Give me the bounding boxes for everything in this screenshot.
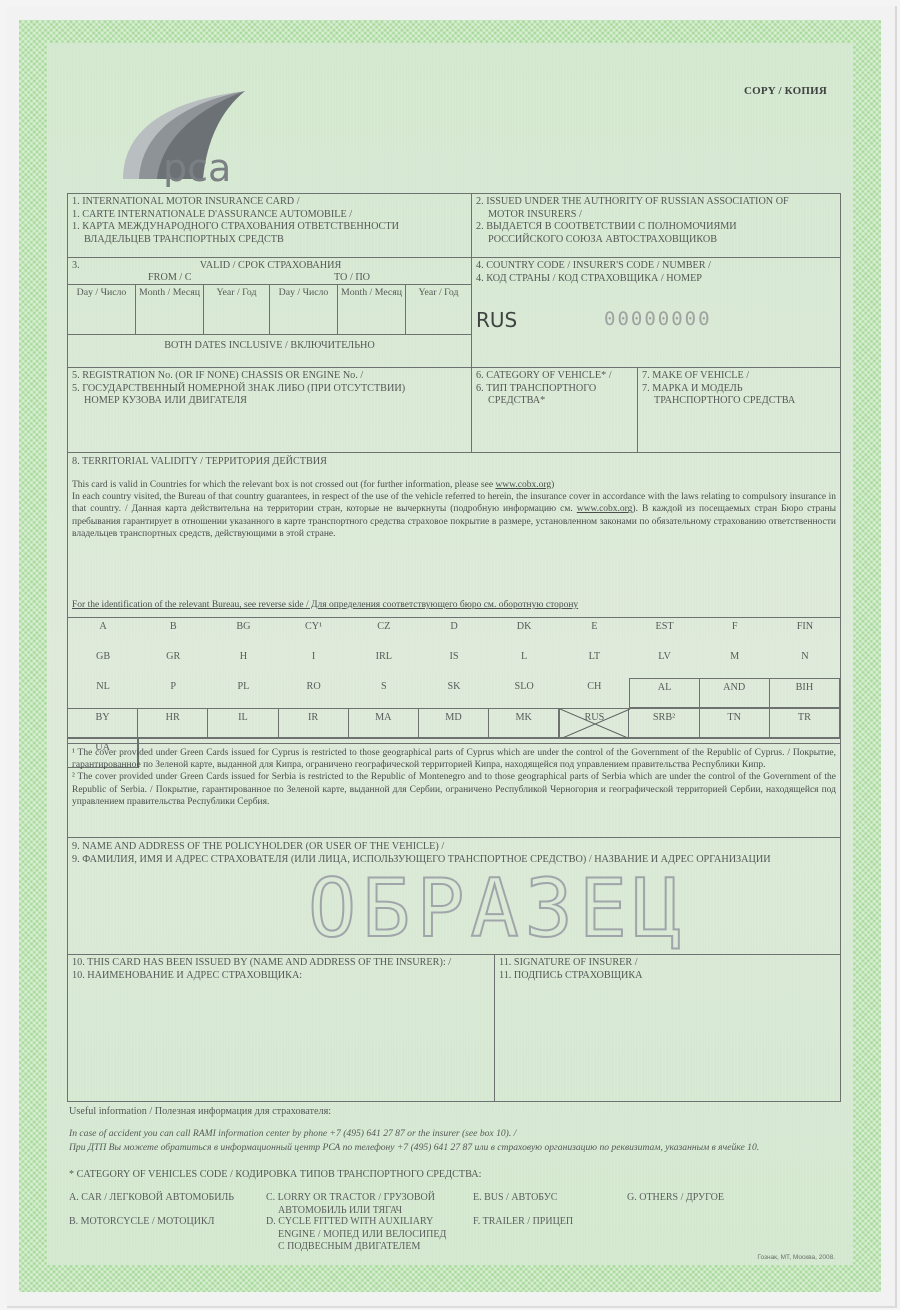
country-box-dk: DK xyxy=(489,618,559,648)
date-field-5: Month / Месяц xyxy=(338,284,406,334)
box3-from: FROM / С xyxy=(148,272,192,285)
country-box-lv: LV xyxy=(629,648,699,678)
country-box-rus: RUS xyxy=(559,708,629,738)
category-a: A. CAR / ЛЕГКОВОЙ АВТОМОБИЛЬ xyxy=(69,1192,234,1205)
country-box-bih: BIH xyxy=(770,678,840,708)
box7-line2: 7. МАРКА И МОДЕЛЬ xyxy=(642,383,743,394)
box5-line1: 5. REGISTRATION No. (OR IF NONE) CHASSIS… xyxy=(72,370,363,381)
useful-info-title: Useful information / Полезная информация… xyxy=(69,1106,331,1119)
category-d-line3: С ПОДВЕСНЫМ ДВИГАТЕЛЕМ xyxy=(266,1241,446,1254)
country-box-il: IL xyxy=(208,708,278,738)
box9-policyholder: 9. NAME AND ADDRESS OF THE POLICYHOLDER … xyxy=(67,837,841,955)
country-code-value: RUS xyxy=(476,308,517,332)
country-box-n: N xyxy=(770,648,840,678)
document-sheet: COPY / КОПИЯ pca 1. INTERNATIONAL MOTOR … xyxy=(7,6,897,1308)
bureau-note-text: For the identification of the relevant B… xyxy=(72,600,578,610)
box6-line2: 6. ТИП ТРАНСПОРТНОГО xyxy=(476,383,596,394)
category-f: F. TRAILER / ПРИЦЕП xyxy=(473,1216,573,1229)
box6-category: 6. CATEGORY OF VEHICLE* / 6. ТИП ТРАНСПО… xyxy=(471,367,638,453)
category-e: E. BUS / АВТОБУС xyxy=(473,1192,557,1205)
svg-text:pca: pca xyxy=(163,146,231,187)
country-box-p: P xyxy=(138,678,208,708)
box8-para1-end: ) xyxy=(551,480,554,490)
box1-line3: 1. КАРТА МЕЖДУНАРОДНОГО СТРАХОВАНИЯ ОТВЕ… xyxy=(72,221,399,232)
country-box-tr: TR xyxy=(770,708,840,738)
country-box-hr: HR xyxy=(138,708,208,738)
box8-territorial: 8. TERRITORIAL VALIDITY / ТЕРРИТОРИЯ ДЕЙ… xyxy=(67,452,841,744)
copy-label: COPY / КОПИЯ xyxy=(744,85,827,97)
country-box-e: E xyxy=(559,618,629,648)
category-b: B. MOTORCYCLE / МОТОЦИКЛ xyxy=(69,1216,214,1229)
country-box-md: MD xyxy=(419,708,489,738)
country-box-srb: SRB² xyxy=(629,708,699,738)
box3-to: TO / ПО xyxy=(334,272,370,285)
green-card-body: COPY / КОПИЯ pca 1. INTERNATIONAL MOTOR … xyxy=(47,43,853,1265)
box6-line1: 6. CATEGORY OF VEHICLE* / xyxy=(476,370,612,381)
country-box-tn: TN xyxy=(700,708,770,738)
country-box-gr: GR xyxy=(138,648,208,678)
box5-registration: 5. REGISTRATION No. (OR IF NONE) CHASSIS… xyxy=(67,367,472,453)
date-field-1: Day / Число xyxy=(68,284,136,334)
country-box-b: B xyxy=(138,618,208,648)
date-field-6: Year / Год xyxy=(406,284,471,334)
box8-title: 8. TERRITORIAL VALIDITY / ТЕРРИТОРИЯ ДЕЙ… xyxy=(72,456,327,469)
box9-line1: 9. NAME AND ADDRESS OF THE POLICYHOLDER … xyxy=(72,841,444,852)
cobx-link[interactable]: www.cobx.org xyxy=(495,480,551,490)
useful-info-text: In case of accident you can call RAMI in… xyxy=(69,1127,849,1155)
category-g: G. OTHERS / ДРУГОЕ xyxy=(627,1192,724,1205)
category-d: D. CYCLE FITTED WITH AUXILIARY ENGINE / … xyxy=(266,1216,446,1254)
box3-title: VALID / СРОК СТРАХОВАНИЯ xyxy=(68,260,473,273)
category-c: C. LORRY OR TRACTOR / ГРУЗОВОЙ АВТОМОБИЛ… xyxy=(266,1192,435,1217)
box4-line1: 4. COUNTRY CODE / INSURER'S CODE / NUMBE… xyxy=(476,260,711,271)
country-box-cy: CY¹ xyxy=(279,618,349,648)
footnote-serbia: ² The cover provided under Green Cards i… xyxy=(72,771,836,808)
box6-line3: СРЕДСТВА* xyxy=(476,395,633,408)
box2-line4: РОССИЙСКОГО СОЮЗА АВТОСТРАХОВЩИКОВ xyxy=(476,234,836,247)
categories-title: * CATEGORY OF VEHICLES CODE / КОДИРОВКА … xyxy=(69,1169,481,1182)
box11-line1: 11. SIGNATURE OF INSURER / xyxy=(499,957,638,968)
country-box-ro: RO xyxy=(279,678,349,708)
category-c-line1: C. LORRY OR TRACTOR / ГРУЗОВОЙ xyxy=(266,1192,435,1203)
country-box-ir: IR xyxy=(279,708,349,738)
box7-line3: ТРАНСПОРТНОГО СРЕДСТВА xyxy=(642,395,836,408)
rsa-logo-icon: pca xyxy=(95,87,255,187)
country-box-ch: CH xyxy=(559,678,629,708)
country-box-f: F xyxy=(700,618,770,648)
date-field-4: Day / Число xyxy=(270,284,338,334)
specimen-stamp: ОБРАЗЕЦ xyxy=(308,862,687,955)
box3-validity: 3. VALID / СРОК СТРАХОВАНИЯ FROM / С TO … xyxy=(67,257,472,368)
footnote-cyprus: ¹ The cover provided under Green Cards i… xyxy=(72,747,836,771)
green-card-border: COPY / КОПИЯ pca 1. INTERNATIONAL MOTOR … xyxy=(19,20,881,1292)
useful-line2: При ДТП Вы можете обратиться в информаци… xyxy=(69,1141,849,1155)
country-box-est: EST xyxy=(629,618,699,648)
date-field-3: Year / Год xyxy=(204,284,270,334)
category-d-line2: ENGINE / МОПЕД ИЛИ ВЕЛОСИПЕД xyxy=(266,1229,446,1242)
box10-issuer: 10. THIS CARD HAS BEEN ISSUED BY (NAME A… xyxy=(67,954,495,1102)
country-box-h: H xyxy=(208,648,278,678)
country-box-cz: CZ xyxy=(349,618,419,648)
box2-line3: 2. ВЫДАЕТСЯ В СООТВЕТСТВИИ С ПОЛНОМОЧИЯМ… xyxy=(476,221,737,232)
country-box-al: AL xyxy=(629,678,699,708)
country-box-mk: MK xyxy=(489,708,559,738)
country-box-slo: SLO xyxy=(489,678,559,708)
country-box-by: BY xyxy=(68,708,138,738)
box5-line2: 5. ГОСУДАРСТВЕННЫЙ НОМЕРНОЙ ЗНАК ЛИБО (П… xyxy=(72,383,405,394)
box4-codes: 4. COUNTRY CODE / INSURER'S CODE / NUMBE… xyxy=(471,257,841,368)
box1-card-title: 1. INTERNATIONAL MOTOR INSURANCE CARD / … xyxy=(67,193,472,258)
country-box-fin: FIN xyxy=(770,618,840,648)
box2-line1: 2. ISSUED UNDER THE AUTHORITY OF RUSSIAN… xyxy=(476,196,789,207)
category-d-line1: D. CYCLE FITTED WITH AUXILIARY xyxy=(266,1216,433,1227)
box8-text: This card is valid in Countries for whic… xyxy=(72,479,836,540)
cobx-link-2[interactable]: www.cobx.org xyxy=(577,504,633,514)
country-box-nl: NL xyxy=(68,678,138,708)
box1-line1: 1. INTERNATIONAL MOTOR INSURANCE CARD / xyxy=(72,196,300,207)
country-box-pl: PL xyxy=(208,678,278,708)
date-field-2: Month / Месяц xyxy=(136,284,204,334)
box10-line2: 10. НАИМЕНОВАНИЕ И АДРЕС СТРАХОВЩИКА: xyxy=(72,970,302,981)
country-box-is: IS xyxy=(419,648,489,678)
box11-signature: 11. SIGNATURE OF INSURER / 11. ПОДПИСЬ С… xyxy=(494,954,841,1102)
printer-imprint: Гознак, МТ, Москва, 2008. xyxy=(757,1254,835,1261)
box2-line2: MOTOR INSURERS / xyxy=(476,209,836,222)
box1-line2: 1. CARTE INTERNATIONALE D'ASSURANCE AUTO… xyxy=(72,209,352,220)
bureau-note: For the identification of the relevant B… xyxy=(72,599,578,611)
country-box-ma: MA xyxy=(349,708,419,738)
useful-line1: In case of accident you can call RAMI in… xyxy=(69,1127,849,1141)
box11-line2: 11. ПОДПИСЬ СТРАХОВЩИКА xyxy=(499,970,642,981)
country-box-l: L xyxy=(489,648,559,678)
box1-line4: ВЛАДЕЛЬЦЕВ ТРАНСПОРТНЫХ СРЕДСТВ xyxy=(72,234,467,247)
country-box-a: A xyxy=(68,618,138,648)
country-box-sk: SK xyxy=(419,678,489,708)
country-box-i: I xyxy=(279,648,349,678)
country-grid: ABBGCY¹CZDDKEESTFFINGBGRHIIRLISLLTLVMNNL… xyxy=(68,618,840,744)
country-box-m: M xyxy=(700,648,770,678)
country-box-lt: LT xyxy=(559,648,629,678)
country-box-d: D xyxy=(419,618,489,648)
country-box-and: AND xyxy=(700,678,770,708)
country-box-s: S xyxy=(349,678,419,708)
country-box-irl: IRL xyxy=(349,648,419,678)
box10-line1: 10. THIS CARD HAS BEEN ISSUED BY (NAME A… xyxy=(72,957,451,968)
box3-footer: BOTH DATES INCLUSIVE / ВКЛЮЧИТЕЛЬНО xyxy=(68,340,471,353)
country-box-bg: BG xyxy=(208,618,278,648)
box4-line2: 4. КОД СТРАНЫ / КОД СТРАХОВЩИКА / НОМЕР xyxy=(476,273,702,284)
card-number-value: 00000000 xyxy=(604,308,712,330)
box7-line1: 7. MAKE OF VEHICLE / xyxy=(642,370,749,381)
country-box-gb: GB xyxy=(68,648,138,678)
box8-para1: This card is valid in Countries for whic… xyxy=(72,480,495,490)
box5-line3: НОМЕР КУЗОВА ИЛИ ДВИГАТЕЛЯ xyxy=(72,395,467,408)
footnotes: ¹ The cover provided under Green Cards i… xyxy=(67,743,841,838)
box2-authority: 2. ISSUED UNDER THE AUTHORITY OF RUSSIAN… xyxy=(471,193,841,258)
box7-make: 7. MAKE OF VEHICLE / 7. МАРКА И МОДЕЛЬ Т… xyxy=(637,367,841,453)
